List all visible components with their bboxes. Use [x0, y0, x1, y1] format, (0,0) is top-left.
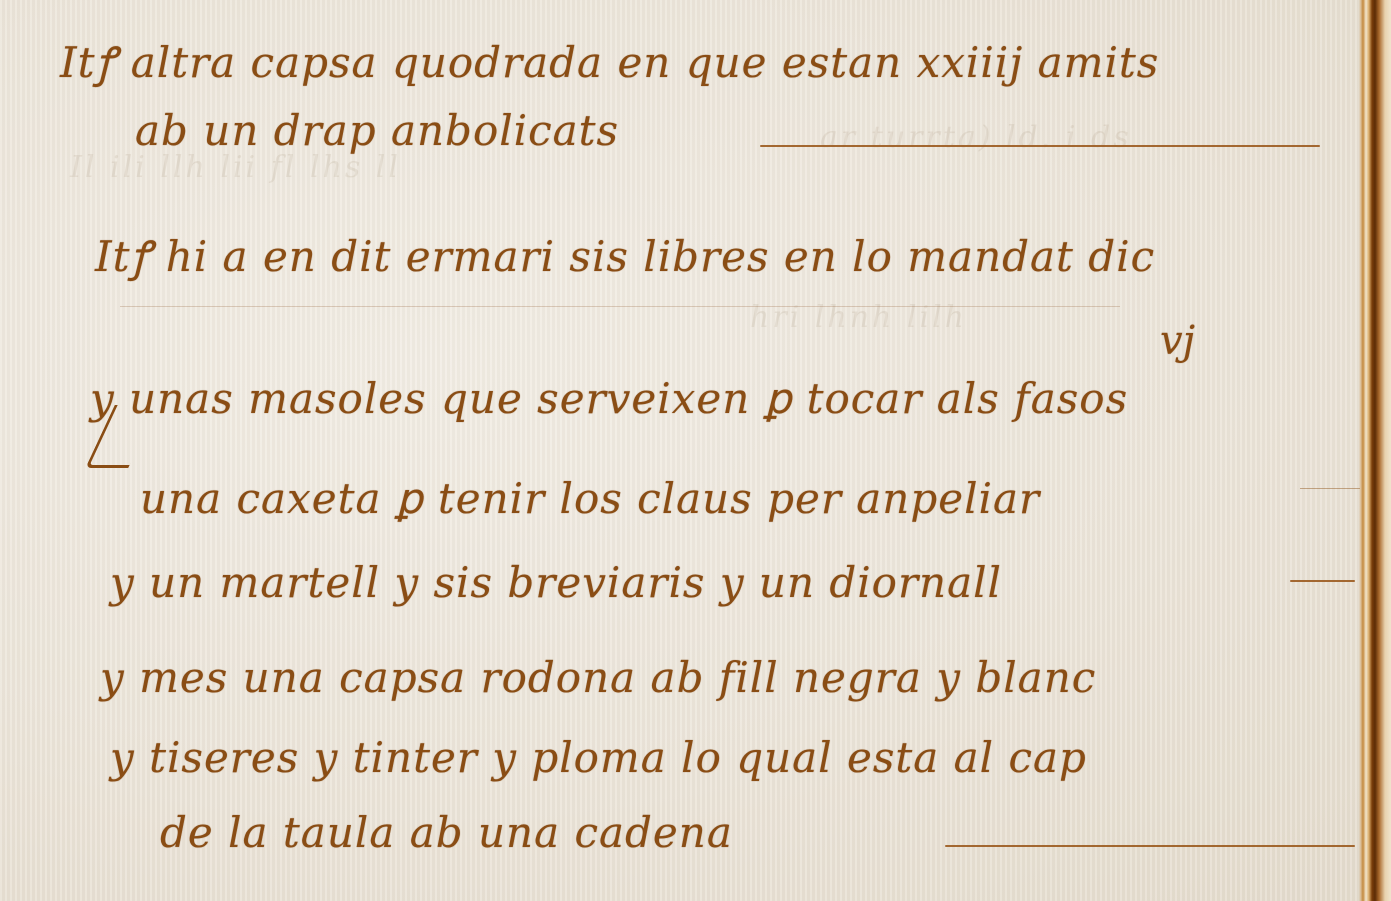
manuscript-page: Il ili llh lii fl lhs ll ar turrta) ld. …	[0, 0, 1391, 901]
manuscript-line-4: y unas masoles que serveixen ꝑ tocar als…	[90, 378, 1128, 420]
page-binding-edge	[1359, 0, 1391, 901]
bleed-through-text: ar turrta) ld. i ds	[820, 120, 1132, 155]
line-filler-rule	[945, 845, 1355, 847]
manuscript-line-1: Itꝭ altra capsa quodrada en que estan xx…	[60, 42, 1159, 84]
manuscript-line-5: una caxeta ꝑ tenir los claus per anpelia…	[140, 478, 1040, 520]
manuscript-line-8: y tiseres y tinter y ploma lo qual esta …	[110, 737, 1087, 779]
manuscript-line-9: de la taula ab una cadena	[160, 812, 733, 854]
line-filler-rule	[1290, 580, 1355, 582]
manuscript-line-2: ab un drap anbolicats	[135, 110, 619, 152]
line-filler-rule	[760, 145, 1320, 147]
manuscript-line-7: y mes una capsa rodona ab fill negra y b…	[100, 657, 1096, 699]
manuscript-line-3: Itꝭ hi a en dit ermari sis libres en lo …	[95, 236, 1155, 278]
bleed-through-text: Il ili llh lii fl lhs ll	[70, 150, 401, 185]
faint-ruled-line	[120, 306, 1120, 307]
marginal-numeral: vj	[1160, 318, 1195, 364]
manuscript-line-6: y un martell y sis breviaris y un diorna…	[110, 562, 1002, 604]
faint-ruled-line	[1300, 488, 1360, 489]
